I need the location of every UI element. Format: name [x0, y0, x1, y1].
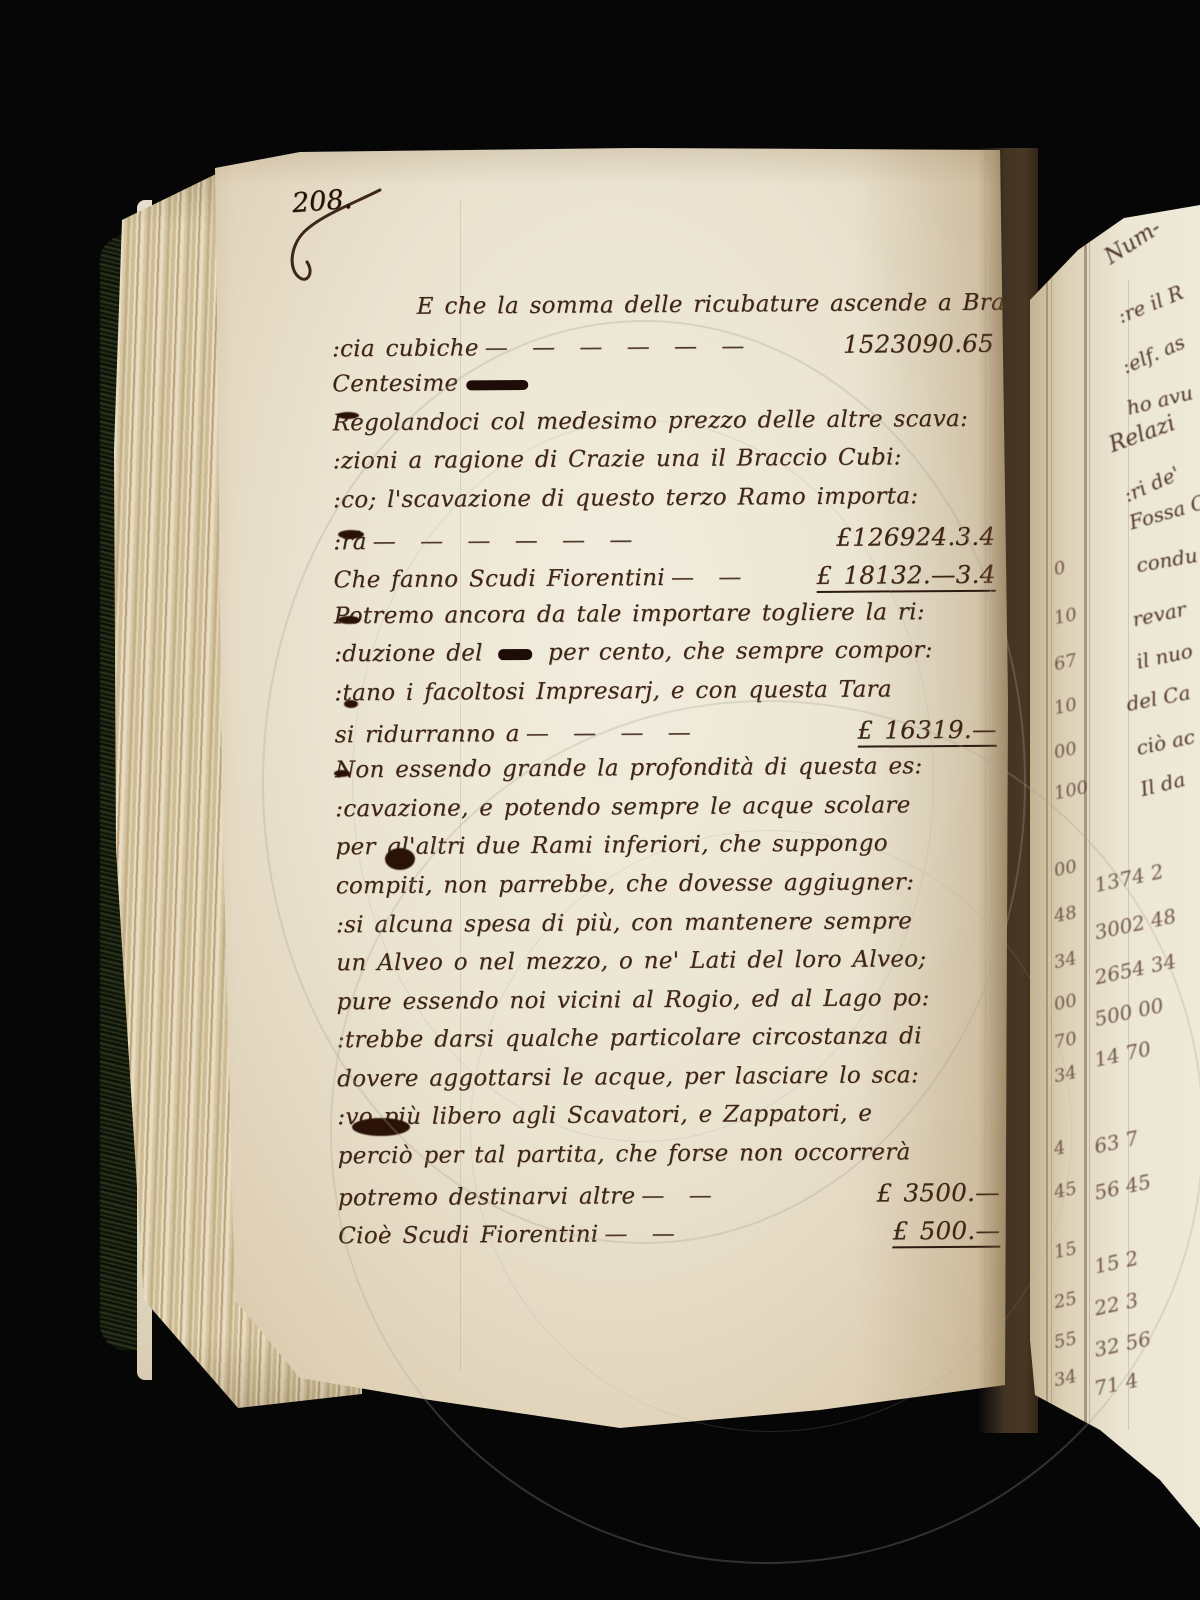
manuscript-text: per gl'altri due Rami inferiori, che sup…	[335, 831, 888, 861]
manuscript-line: :zioni a ragione di Crazie una il Bracci…	[333, 444, 995, 487]
ruled-line	[1046, 255, 1048, 1425]
manuscript-text: dovere aggottarsi le acque, per lasciare…	[337, 1062, 919, 1092]
manuscript-text: :tano i facoltosi Impresarj, e con quest…	[334, 676, 892, 706]
right-page: Num-:re il R:elf. asho avuRelazi:ri de'F…	[1030, 200, 1200, 1545]
edge-text-fragment: il nuo	[1134, 638, 1195, 673]
gutter-shadow	[978, 148, 1038, 1433]
edge-number: 2654 34	[1092, 949, 1178, 990]
ruled-line	[1051, 270, 1052, 1410]
edge-number: 71 4	[1092, 1368, 1141, 1401]
manuscript-line: pure essendo noi vicini al Rogio, ed al …	[336, 984, 998, 1027]
manuscript-line: :vo più libero agli Scavatori, e Zappato…	[337, 1100, 999, 1143]
amount: £126924.3.4	[836, 521, 995, 551]
edge-number: 00	[1052, 990, 1079, 1015]
manuscript-line: :trebbe darsi qualche particolare circos…	[337, 1023, 999, 1066]
manuscript-text: potremo destinarvi altre	[338, 1183, 636, 1211]
manuscript-line: Centesime	[332, 367, 994, 410]
manuscript-text: :cavazione, e potendo sempre le acque sc…	[335, 792, 911, 822]
edge-text-fragment: Relazi	[1106, 411, 1179, 458]
dash-leader: — —	[665, 564, 817, 591]
manuscript-line: un Alveo o nel mezzo, o ne' Lati del lor…	[336, 946, 998, 989]
left-page: 208. E che la somma delle ricubature asc…	[140, 140, 1010, 1450]
edge-text-fragment: del Ca	[1124, 680, 1192, 716]
edge-number: 22 3	[1092, 1288, 1141, 1321]
page-number: 208.	[291, 184, 353, 219]
manuscript-line: :rà— — — — — —£126924.3.4	[333, 521, 995, 564]
ink-mark	[344, 700, 358, 708]
edge-number: 14 70	[1092, 1036, 1153, 1071]
manuscript-line: Non essendo grande la profondità di ques…	[335, 753, 997, 796]
manuscript-text: :cia cubiche	[332, 335, 479, 362]
manuscript-text: Potremo ancora da tale importare toglier…	[334, 599, 925, 629]
edge-number: 56 45	[1092, 1169, 1153, 1204]
manuscript-line: :duzione del per cento, che sempre compo…	[334, 637, 996, 680]
manuscript-text: pure essendo noi vicini al Rogio, ed al …	[336, 985, 929, 1015]
manuscript-line: potremo destinarvi altre— —£ 3500.—	[338, 1177, 1000, 1220]
ink-mark	[337, 412, 359, 419]
dash-leader: — — — — — —	[367, 525, 837, 554]
manuscript-line: si ridurranno a— — — —£ 16319.—	[335, 714, 997, 757]
edge-number: 10	[1052, 604, 1079, 629]
manuscript-line: :cia cubiche— — — — — —1523090.65	[332, 328, 994, 371]
manuscript-text: :trebbe darsi qualche particolare circos…	[337, 1024, 922, 1054]
ink-mark	[338, 530, 364, 539]
edge-text-fragment: condu	[1134, 543, 1199, 577]
edge-text-fragment: :re il R	[1114, 280, 1187, 328]
edge-text-fragment: revar	[1130, 597, 1188, 632]
edge-number: 70	[1052, 1028, 1079, 1053]
manuscript-text: Centesime	[332, 371, 458, 398]
edge-text-fragment: Il da	[1138, 767, 1188, 801]
edge-number: 15	[1052, 1238, 1079, 1263]
ink-mark	[385, 848, 415, 870]
manuscript-text: :duzione del per cento, che sempre compo…	[334, 637, 933, 667]
dash-leader: — —	[598, 1220, 892, 1248]
edge-number: 00	[1052, 738, 1079, 763]
manuscript-text: Che fanno Scudi Fiorentini	[334, 565, 666, 593]
manuscript-line: Potremo ancora da tale importare toglier…	[334, 598, 996, 641]
edge-number: 34	[1052, 1366, 1079, 1391]
manuscript-text: Cioè Scudi Fiorentini	[338, 1222, 598, 1250]
manuscript-text: si ridurranno a	[335, 721, 520, 748]
manuscript-text: un Alveo o nel mezzo, o ne' Lati del lor…	[336, 946, 926, 976]
edge-number: 3002 48	[1092, 904, 1178, 945]
dash-leader: — — — — — —	[479, 332, 843, 361]
edge-number: 55	[1052, 1328, 1079, 1353]
ink-mark	[338, 616, 360, 624]
ink-mark	[334, 770, 350, 777]
edge-number: 45	[1052, 1178, 1079, 1203]
manuscript-line: Che fanno Scudi Fiorentini— —£ 18132.—3.…	[334, 560, 996, 603]
manuscript-line: :tano i facoltosi Impresarj, e con quest…	[334, 676, 996, 719]
ruled-line	[1084, 240, 1087, 1490]
manuscript-text: compiti, non parrebbe, che dovesse aggiu…	[336, 869, 915, 899]
manuscript-text: :co; l'scavazione di questo terzo Ramo i…	[333, 483, 918, 513]
manuscript-line: :co; l'scavazione di questo terzo Ramo i…	[333, 483, 995, 526]
edge-number: 10	[1052, 694, 1079, 719]
manuscript-line: :si alcuna spesa di più, con mantenere s…	[336, 907, 998, 950]
manuscript-text: Non essendo grande la profondità di ques…	[335, 753, 923, 783]
ink-blot	[466, 380, 528, 390]
edge-number: 67	[1052, 650, 1079, 675]
manuscript-line: compiti, non parrebbe, che dovesse aggiu…	[336, 869, 998, 912]
manuscript-line: dovere aggottarsi le acque, per lasciare…	[337, 1062, 999, 1105]
edge-text-fragment: Num-	[1100, 215, 1165, 270]
edge-text-fragment: ciò ac	[1134, 724, 1197, 760]
ink-mark	[352, 1118, 410, 1136]
manuscript-line: Regolandoci col medesimo prezzo delle al…	[332, 405, 994, 448]
edge-number: 63 7	[1092, 1126, 1141, 1159]
amount: 1523090.65	[843, 328, 994, 358]
manuscript-text: E che la somma delle ricubature ascende …	[417, 289, 1027, 319]
manuscript-text: :zioni a ragione di Crazie una il Bracci…	[333, 445, 902, 475]
manuscript-photo: { "photo_colors":{"background":"#060607"…	[0, 0, 1200, 1600]
edge-number: 4	[1052, 1137, 1068, 1160]
manuscript-line: perciò per tal partita, che forse non oc…	[338, 1139, 1000, 1182]
edge-number: 15 2	[1092, 1246, 1141, 1279]
manuscript-text: :si alcuna spesa di più, con mantenere s…	[336, 908, 912, 938]
edge-number: 48	[1052, 902, 1079, 927]
manuscript-line: E che la somma delle ricubature ascende …	[332, 290, 994, 333]
manuscript-text: :vo più libero agli Scavatori, e Zappato…	[337, 1101, 872, 1131]
edge-number: 25	[1052, 1288, 1079, 1313]
edge-number: 34	[1052, 1062, 1079, 1087]
edge-number: 34	[1052, 948, 1079, 973]
edge-number: 32 56	[1092, 1326, 1153, 1361]
amount: £ 18132.—3.4	[816, 560, 995, 593]
manuscript-line: Cioè Scudi Fiorentini— —£ 500.—	[338, 1216, 1000, 1259]
amount: £ 16319.—	[857, 714, 997, 747]
manuscript-line: per gl'altri due Rami inferiori, che sup…	[335, 830, 997, 873]
manuscript-lines: E che la somma delle ricubature ascende …	[332, 290, 1001, 1259]
dash-leader: — —	[635, 1181, 876, 1209]
manuscript-text: Regolandoci col medesimo prezzo delle al…	[332, 406, 968, 436]
edge-number: 00	[1052, 856, 1079, 881]
manuscript-line: :cavazione, e potendo sempre le acque sc…	[335, 791, 997, 834]
edge-number: 0	[1052, 557, 1068, 580]
manuscript-text: perciò per tal partita, che forse non oc…	[338, 1139, 911, 1169]
ruled-line	[1089, 240, 1090, 1490]
dash-leader: — — — —	[520, 718, 858, 746]
ink-blot	[498, 649, 532, 660]
